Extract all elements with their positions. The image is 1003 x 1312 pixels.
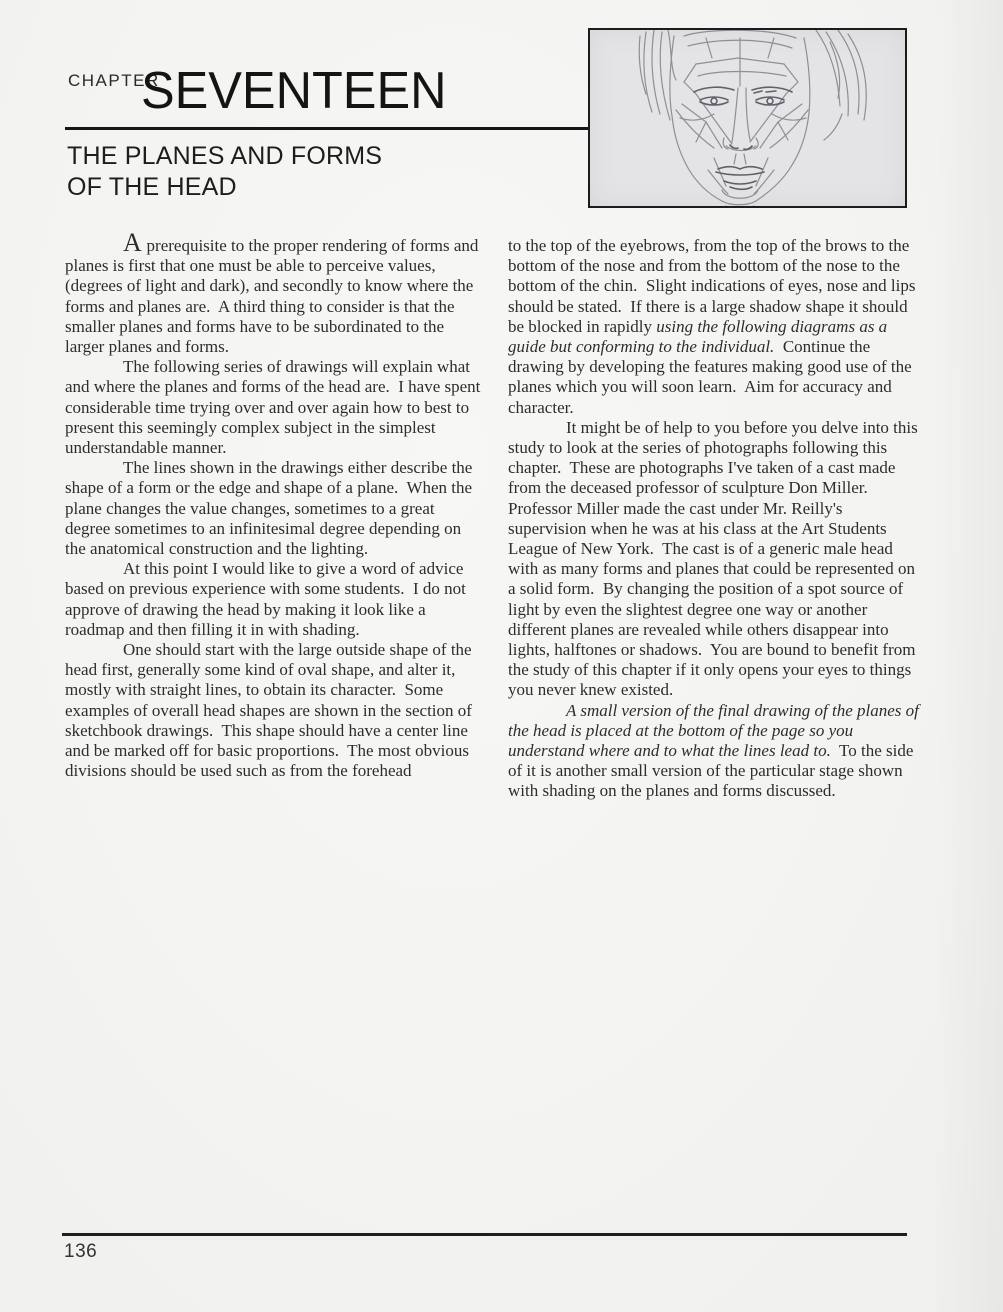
text-run: One should start with the large outside … bbox=[65, 640, 476, 780]
paragraph: A prerequisite to the proper rendering o… bbox=[65, 236, 481, 357]
paragraph: At this point I would like to give a wor… bbox=[65, 559, 481, 640]
page-number: 136 bbox=[64, 1241, 97, 1263]
paragraph: The lines shown in the drawings either d… bbox=[65, 458, 481, 559]
paragraph: One should start with the large outside … bbox=[65, 640, 481, 781]
left-column: A prerequisite to the proper rendering o… bbox=[65, 236, 481, 781]
paragraph: It might be of help to you before you de… bbox=[508, 418, 922, 701]
head-sketch-drawing bbox=[590, 30, 905, 206]
text-run: At this point I would like to give a wor… bbox=[65, 559, 470, 639]
paragraph: A small version of the final drawing of … bbox=[508, 701, 922, 802]
paragraph: to the top of the eyebrows, from the top… bbox=[508, 236, 922, 418]
drop-cap: A bbox=[123, 228, 142, 257]
right-column: to the top of the eyebrows, from the top… bbox=[508, 236, 922, 802]
text-run: It might be of help to you before you de… bbox=[508, 418, 922, 700]
text-run: The lines shown in the drawings either d… bbox=[65, 458, 477, 558]
text-run: The following series of drawings will ex… bbox=[65, 357, 485, 457]
chapter-number: SEVENTEEN bbox=[141, 64, 447, 119]
chapter-title-line1: THE PLANES AND FORMS bbox=[67, 142, 382, 170]
footer-rule bbox=[62, 1233, 907, 1236]
figure-frame bbox=[588, 28, 907, 208]
paragraph: The following series of drawings will ex… bbox=[65, 357, 481, 458]
chapter-title: THE PLANES AND FORMSOF THE HEAD bbox=[67, 141, 382, 203]
chapter-title-line2: OF THE HEAD bbox=[67, 173, 237, 201]
book-page: CHAPTER SEVENTEEN THE PLANES AND FORMSOF… bbox=[0, 0, 1003, 1312]
